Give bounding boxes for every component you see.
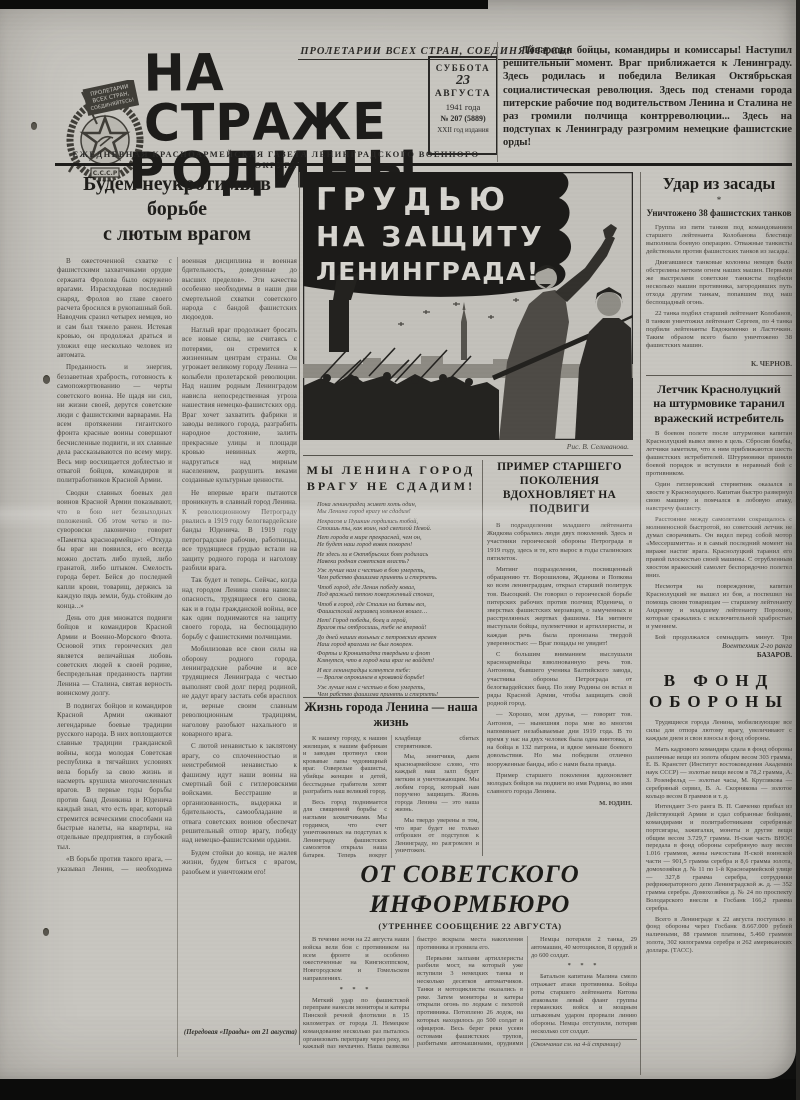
poem-couplet: Форты и Кронштадта твердыни и флот Кляну… — [317, 650, 479, 664]
poem-headline-line1: МЫ ЛЕНИНА ГОРОД — [303, 462, 479, 478]
svg-text:ЛЕНИНГРАДА!: ЛЕНИНГРАДА! — [316, 257, 540, 286]
ambush-headline: Удар из засады — [646, 174, 792, 193]
column-rule — [482, 460, 483, 856]
headline-line1: В ФОНД — [646, 670, 792, 691]
poem-couplet: До дней наших вольных с петровских време… — [317, 634, 479, 648]
propaganda-poster-image: ГРУДЬЮ НА ЗАЩИТУ ЛЕНИНГРАДА! — [303, 172, 633, 440]
edition-year: XXII год издания — [430, 125, 496, 135]
ambush-body: Группа из пяти танков под командованием … — [646, 224, 792, 353]
column-rule — [299, 172, 300, 1045]
weekday: СУББОТА — [430, 63, 496, 73]
article-author: Воентехник 2-го ранга БАЗАРОВ. — [646, 642, 792, 660]
paragraph: Двигавшиеся танковые колонны немцев были… — [646, 259, 792, 307]
right-column: Удар из засады * Уничтожено 38 фашистски… — [646, 174, 792, 1011]
poem-couplet: Нет! Город победы, боец и герой, Врагов … — [317, 617, 479, 631]
masthead-divider — [497, 42, 498, 162]
month: АВГУСТА — [430, 88, 496, 101]
paragraph: Мы твердо уверены в том, что враг будет … — [395, 817, 479, 855]
informbureau-headline: ОТ СОВЕТСКОГО ИНФОРМБЮРО — [303, 860, 637, 920]
scanner-edge-top — [0, 0, 488, 9]
paragraph: Будем стойки до конца, не жалея жизни, б… — [182, 849, 297, 877]
poem-couplet: Чтоб в город, где Сталин на битвы вел, Ф… — [317, 601, 479, 615]
informbureau-section: ОТ СОВЕТСКОГО ИНФОРМБЮРО (УТРЕННЕЕ СООБЩ… — [303, 860, 637, 1048]
headline-line3: вражеский истребитель — [646, 411, 792, 426]
older-generation-body: В подразделении младшего лейтенанта Жидк… — [487, 522, 632, 808]
newspaper-subtitle: ЕЖЕДНЕВНАЯ КРАСНОАРМЕЙСКАЯ ГАЗЕТА ЛЕНИНГ… — [58, 149, 494, 171]
article-author: К. ЧЕРНОВ. — [646, 360, 792, 368]
headline-line2: ОБОРОНЫ — [646, 691, 792, 712]
paragraph: Бой продолжался семнадцать минут. Три со… — [646, 634, 792, 642]
paragraph: Несмотря на повреждение, капитан Краснол… — [646, 583, 792, 631]
headline-line1: Летчик Краснолуцкий — [646, 382, 792, 397]
poem-couplet: Пока ленинградец живет хоть один, Мы Лен… — [317, 501, 479, 515]
editorial-article: Будем неукротимы в борьбе с лютым врагом… — [57, 172, 297, 1057]
informbureau-body: В течение ночи на 22 августа наши войска… — [303, 936, 637, 1048]
issue-number: № 207 (5889) — [430, 113, 496, 125]
pilot-body: В боевом полете после штурмовки капитан … — [646, 430, 792, 642]
poem-headline-line2: ВРАГУ НЕ СДАДИМ! — [303, 478, 479, 494]
poem-couplet: Уж лучше нам с честью в бою умереть, Чем… — [317, 567, 479, 581]
editorial-headline-line2: с лютым врагом — [57, 222, 297, 247]
svg-text:НА ЗАЩИТУ: НА ЗАЩИТУ — [316, 220, 545, 253]
paragraph: Первыми залпами артиллеристы разбили мос… — [417, 955, 523, 1048]
punch-hole — [31, 122, 37, 130]
poem-couplet: Нет города в мире прекрасней, чем он, Не… — [317, 534, 479, 548]
paragraph: Мать кадрового командира сдала в фонд об… — [646, 746, 792, 801]
masthead-rule — [55, 163, 792, 166]
defense-fund-article: В ФОНД ОБОРОНЫ Трудящиеся города Ленина,… — [646, 670, 792, 1011]
paragraph: Так будет и теперь. Сейчас, когда над го… — [182, 576, 297, 642]
newspaper-scan-page: { "colors": {"paper":"#c8c6c0","ink":"#2… — [0, 0, 800, 1100]
paragraph: — Хорошо, мои друзья, — говорит тов. Ант… — [487, 711, 632, 768]
editorial-body: В ожесточенной схватке с фашистскими зах… — [57, 257, 297, 1057]
front-appeal-text: Товарищи бойцы, командиры и комиссары! Н… — [503, 44, 792, 150]
paragraph: Батальон капитана Малина смело отражает … — [531, 973, 637, 1035]
scanner-edge-bottom — [0, 1079, 800, 1100]
rule-above-life — [303, 697, 479, 698]
column-rule — [640, 172, 641, 1075]
rule-under-poster — [303, 455, 633, 456]
paragraph: Не впервые враги пытаются проникнуть в с… — [182, 489, 297, 574]
city-life-headline: Жизнь города Ленина — наша жизнь — [303, 700, 479, 730]
defense-fund-headline: В ФОНД ОБОРОНЫ — [646, 670, 792, 712]
headline-line2: на штурмовике таранил — [646, 396, 792, 411]
poem-couplet: Не здесь ли в Октябрьских боях родилась … — [317, 551, 479, 565]
older-generation-article: ПРИМЕР СТАРШЕГО ПОКОЛЕНИЯ ВДОХНОВЛЯЕТ НА… — [487, 460, 632, 856]
star-ornament: * — [646, 195, 792, 206]
poem-couplet: Чтоб город, где Ленин победу ковал, Под … — [317, 584, 479, 598]
pilot-ram-article: Летчик Краснолуцкий на штурмовике тарани… — [646, 382, 792, 661]
newspaper-paper: ПРОЛЕТАРИИ ВСЕХ СТРАН, СОЕДИНЯЙТЕСЬ! ПРО… — [0, 0, 796, 1079]
paragraph: Наглый враг продолжает бросать все новые… — [182, 326, 297, 486]
paragraph: Пример старшего поколения вдохновляет мо… — [487, 772, 632, 797]
informbureau-subhead: (УТРЕННЕЕ СООБЩЕНИЕ 22 АВГУСТА) — [303, 920, 637, 932]
paragraph: С лютой ненавистью к заклятому врагу, со… — [182, 742, 297, 845]
paragraph: Трудящиеся города Ленина, мобилизующие в… — [646, 719, 792, 742]
headline-line2: ВДОХНОВЛЯЕТ НА ПОДВИГИ — [487, 488, 632, 516]
section-rule — [646, 375, 792, 376]
editorial-source: (Передовая «Правды» от 21 августа) — [172, 1028, 297, 1037]
svg-text:ГРУДЬЮ: ГРУДЬЮ — [316, 182, 512, 218]
poster-caption: Рис. В. Селиванова. — [303, 442, 629, 452]
defense-fund-body: Трудящиеся города Ленина, мобилизующие в… — [646, 719, 792, 1011]
title-line-1: НА СТРАЖЕ — [143, 47, 430, 149]
poem-body: Пока ленинградец живет хоть один, Мы Лен… — [303, 501, 479, 698]
poem-headline: МЫ ЛЕНИНА ГОРОД ВРАГУ НЕ СДАДИМ! — [303, 462, 479, 494]
poem-couplet: И все ленинградцы клянутся тебе: — Враго… — [317, 667, 479, 681]
ambush-subhead: Уничтожено 38 фашистских танков — [646, 208, 792, 220]
paragraph: 22 танка подбил старший лейтенант Колоба… — [646, 310, 792, 350]
punch-hole — [43, 375, 50, 384]
paragraph: В подвигах бойцов и командиров Красной А… — [57, 702, 172, 853]
date-issue-box: СУББОТА 23 АВГУСТА 1941 года № 207 (5889… — [428, 56, 498, 155]
paragraph: Группа из пяти танков под командованием … — [646, 224, 792, 256]
paragraph: Преданность и энергия, беззаветная храбр… — [57, 363, 172, 485]
paragraph: Всего в Ленинграде к 22 августа поступил… — [646, 916, 792, 955]
paragraph: В боевом полете после штурмовки капитан … — [646, 430, 792, 478]
paragraph: С большим вниманием выслушали красноарме… — [487, 651, 632, 708]
paragraph: Расстояние между самолетами сокращалось … — [646, 516, 792, 580]
paragraph: К нашему городу, к нашим жилищам, к наши… — [303, 735, 387, 796]
paragraph: В ожесточенной схватке с фашистскими зах… — [57, 257, 172, 360]
paragraph: В течение ночи на 22 августа наши войска… — [303, 936, 409, 983]
paragraph: Сводки славных боевых дел воинов Красной… — [57, 489, 172, 611]
year: 1941 года — [430, 101, 496, 113]
older-generation-headline: ПРИМЕР СТАРШЕГО ПОКОЛЕНИЯ ВДОХНОВЛЯЕТ НА… — [487, 460, 632, 516]
paragraph: День ото дня множатся подвиги бойцов и к… — [57, 614, 172, 699]
paragraph: Немцы потеряли 2 танка, 29 автомашин, 40… — [531, 936, 637, 959]
continuation-note: (Окончание см. на 4-й странице) — [531, 1039, 637, 1048]
author-name: БАЗАРОВ. — [757, 651, 792, 659]
paragraph: Мобилизовав все свои силы на оборону род… — [182, 645, 297, 739]
poem-couplet: Некрасов и Пушкин гордились тобой, Стоиш… — [317, 518, 479, 532]
editorial-headline: Будем неукротимы в борьбе с лютым врагом — [57, 172, 297, 247]
stars-separator: * * * — [531, 962, 637, 970]
city-life-body: К нашему городу, к нашим жилищам, к наши… — [303, 735, 479, 858]
paragraph: Мы, зенитчики, даем красноармейское слов… — [395, 753, 479, 814]
article-author: М. ЮДИН. — [487, 800, 632, 808]
scanner-edge-right — [796, 0, 800, 1100]
poem-article: МЫ ЛЕНИНА ГОРОД ВРАГУ НЕ СДАДИМ! Пока ле… — [303, 462, 479, 698]
paragraph: Интендант 3-го ранга В. П. Савченко приб… — [646, 803, 792, 912]
headline-line1: ПРИМЕР СТАРШЕГО ПОКОЛЕНИЯ — [487, 460, 632, 488]
author-rank: Воентехник 2-го ранга — [722, 642, 792, 650]
paragraph: Митинг подразделения, посвященный обраще… — [487, 566, 632, 648]
punch-hole — [43, 928, 49, 936]
ambush-article: Удар из засады * Уничтожено 38 фашистски… — [646, 174, 792, 368]
city-life-article: Жизнь города Ленина — наша жизнь К нашем… — [303, 700, 479, 858]
day-number: 23 — [430, 73, 496, 88]
pilot-headline: Летчик Краснолуцкий на штурмовике тарани… — [646, 382, 792, 426]
poem-couplet: Уж лучше нам с честью в бою умереть, Чем… — [317, 684, 479, 698]
stars-separator: * * * — [303, 986, 409, 994]
paragraph: В подразделении младшего лейтенанта Жидк… — [487, 522, 632, 563]
editorial-headline-line1: Будем неукротимы в борьбе — [57, 172, 297, 222]
paragraph: Один гитлеровский стервятник оказался в … — [646, 481, 792, 513]
